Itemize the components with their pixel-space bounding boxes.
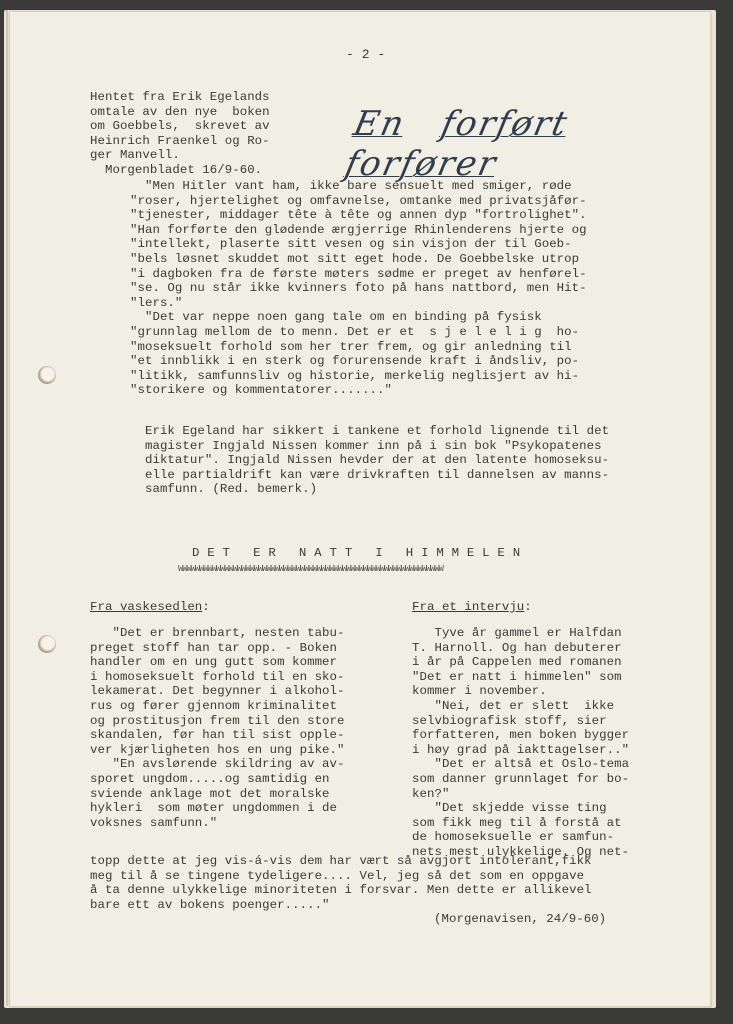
document-page: - 2 - Hentet fra Erik Egelands omtale av… xyxy=(10,12,710,1006)
right-heading-text: Fra et intervju xyxy=(412,600,524,614)
left-heading-colon: : xyxy=(202,600,210,614)
left-heading-text: Fra vaskesedlen xyxy=(90,600,202,614)
source-note: Hentet fra Erik Egelands omtale av den n… xyxy=(90,90,270,178)
handwritten-word-1: En xyxy=(350,104,409,144)
handwritten-word-2: forført xyxy=(438,104,573,144)
binding-hole-bottom xyxy=(38,635,56,653)
bottom-text: topp dette at jeg vis-á-vis dem har vært… xyxy=(90,854,592,912)
binding-hole-top xyxy=(38,366,56,384)
quote-block: "Men Hitler vant ham, ikke bare sensuelt… xyxy=(130,179,587,398)
section-underline: WWWWWWWWWWWWWWWWWWWWWWWWWWWWWWWWWWWWWWWW… xyxy=(178,562,443,577)
right-column-text: Tyve år gammel er Halfdan T. Harnoll. Og… xyxy=(412,626,629,860)
section-title: D E T E R N A T T I H I M M E L E N xyxy=(192,546,520,561)
citation: (Morgenavisen, 24/9-60) xyxy=(434,912,606,927)
editor-note: Erik Egeland har sikkert i tankene et fo… xyxy=(130,424,609,497)
page-number: - 2 - xyxy=(346,48,385,63)
handwritten-title: En forført forfører xyxy=(341,104,718,184)
left-column-heading: Fra vaskesedlen: xyxy=(90,600,210,615)
handwritten-word-3: forfører xyxy=(341,144,501,184)
page-edge xyxy=(6,10,8,1006)
left-column-text: "Det er brennbart, nesten tabu- preget s… xyxy=(90,626,345,830)
right-heading-colon: : xyxy=(524,600,532,614)
right-column-heading: Fra et intervju: xyxy=(412,600,532,615)
